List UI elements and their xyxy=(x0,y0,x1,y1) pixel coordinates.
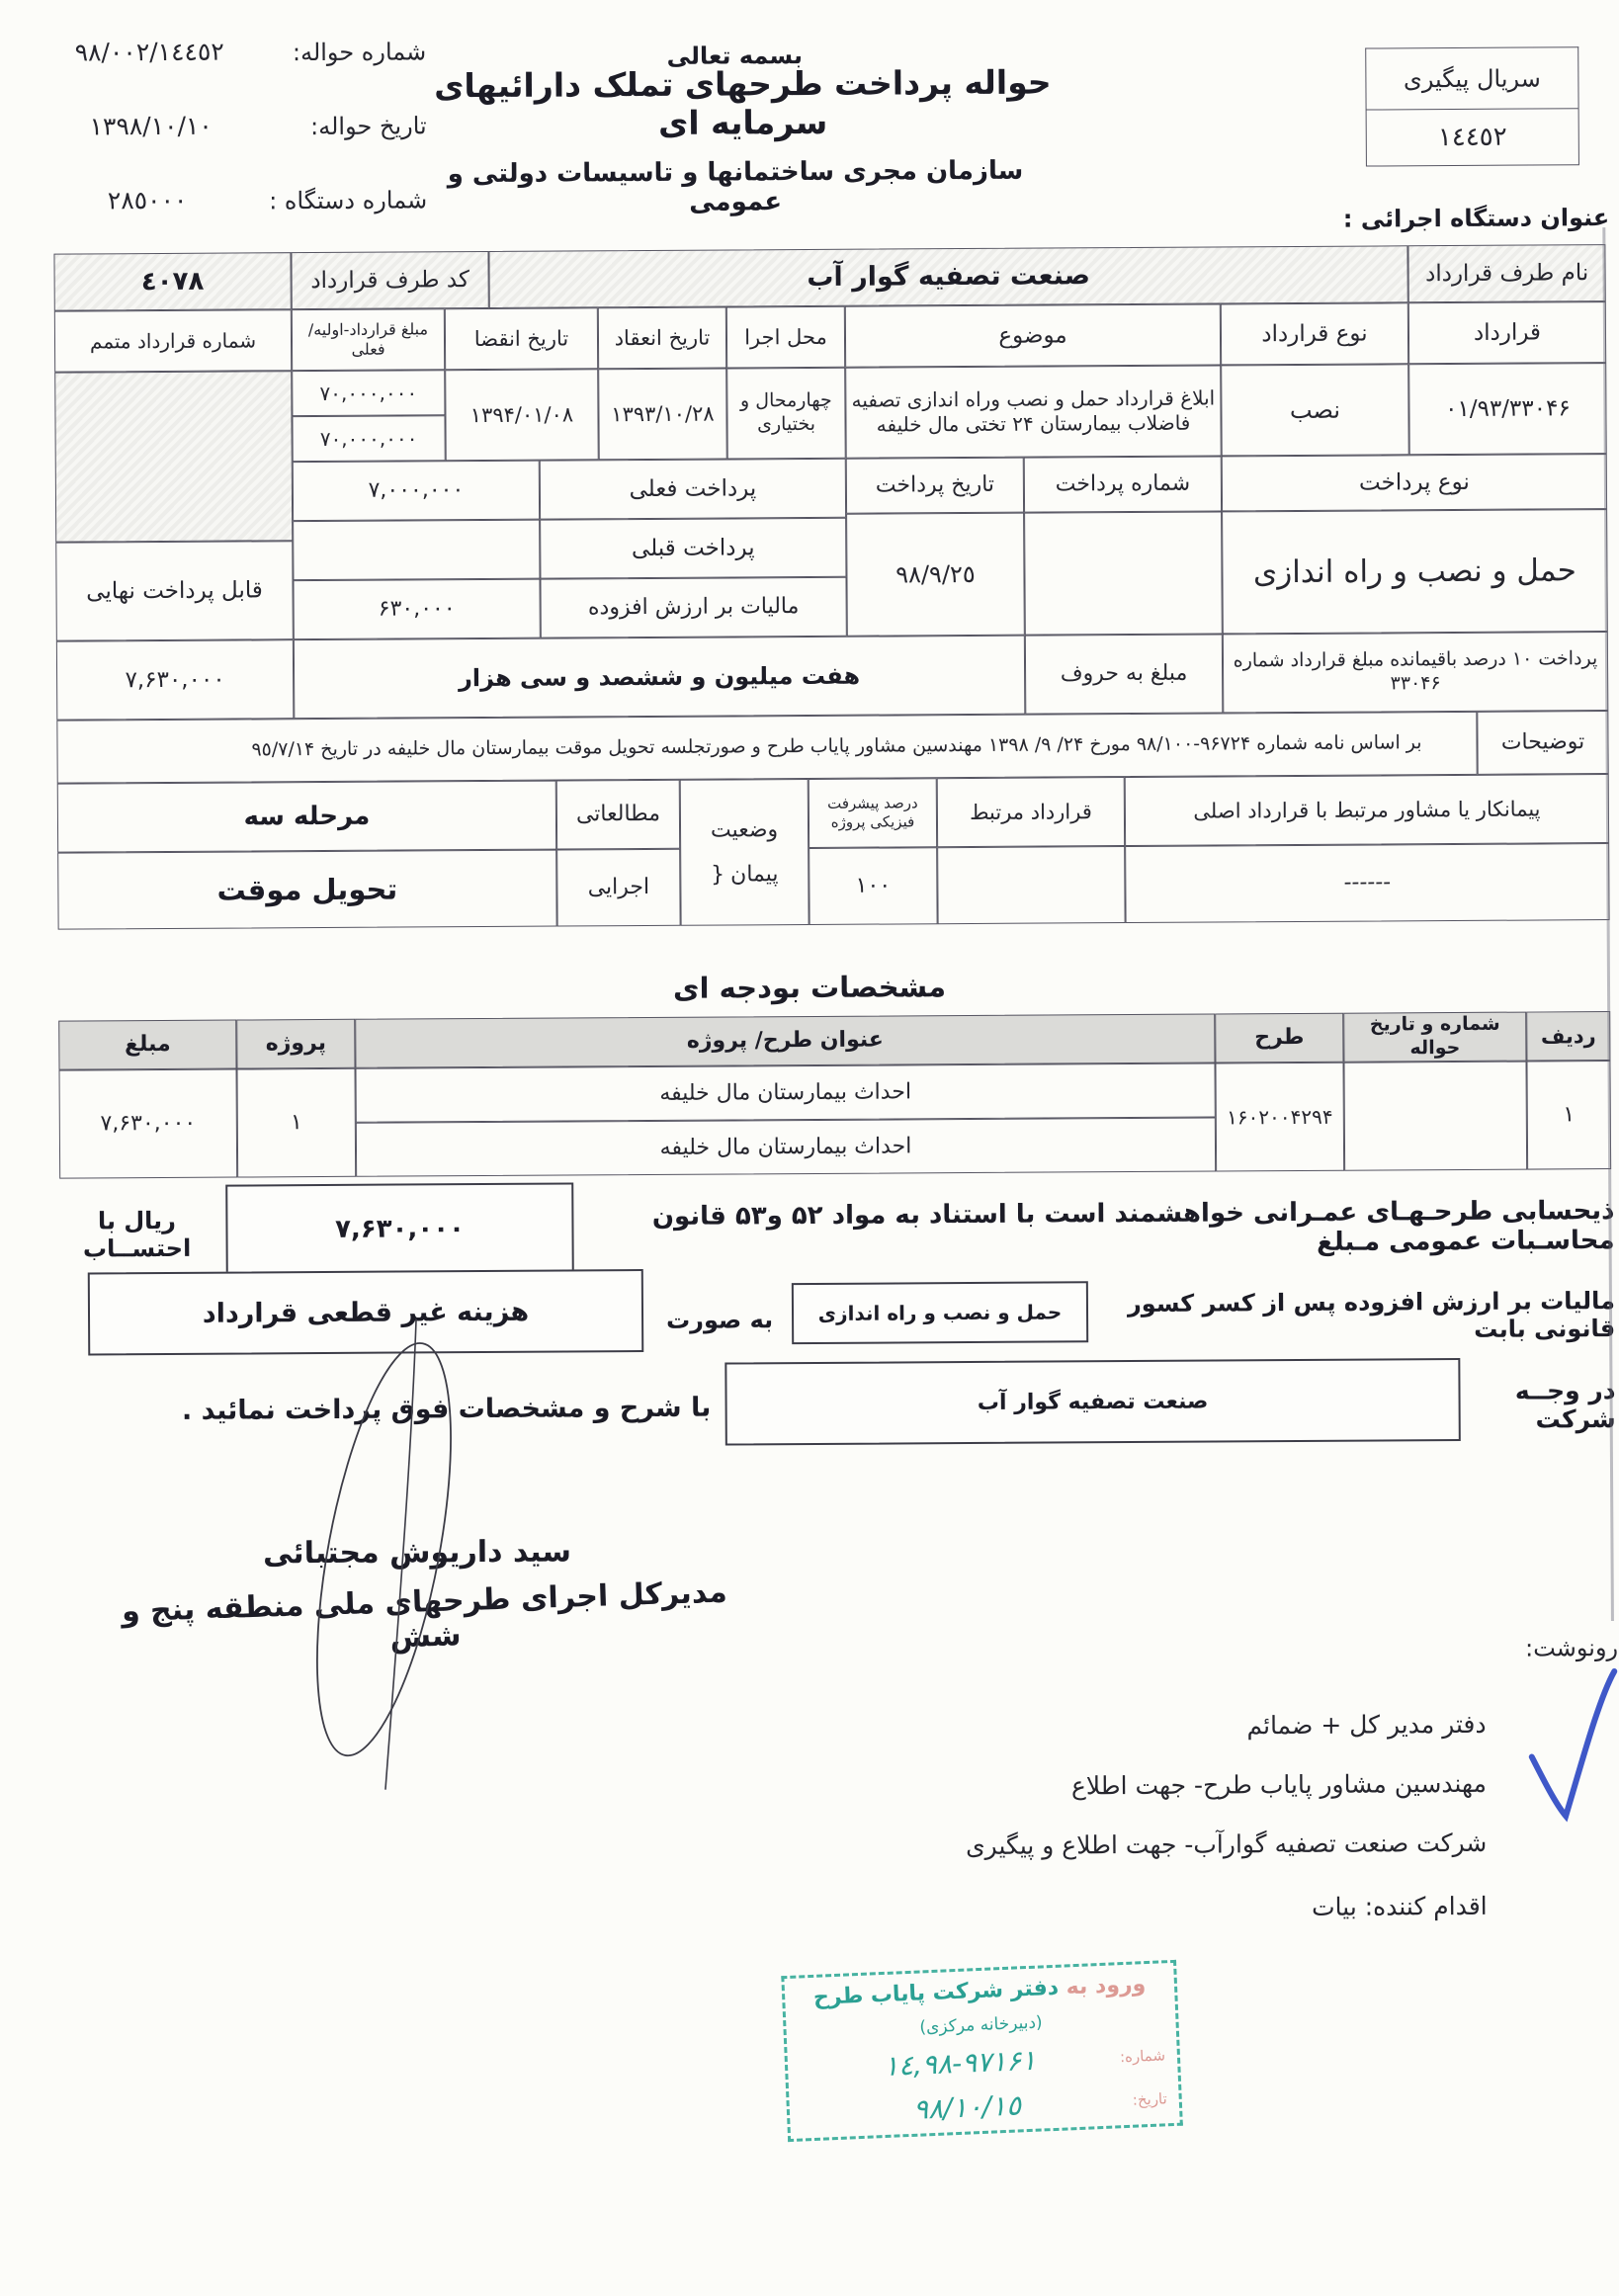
budget-col-project: پروژه xyxy=(236,1019,355,1069)
previous-payment-value-cell xyxy=(293,520,540,581)
stamp-title-main: دفتر شرکت پایاب طرح xyxy=(813,1975,1067,2009)
related-contractor-value: ------ xyxy=(1125,843,1609,923)
authorization-line2-mid: به صورت xyxy=(655,1297,784,1343)
previous-payment-label-cell: پرداخت قبلی xyxy=(540,518,846,579)
contract-amount-current-cell: ٧٠,٠٠٠,٠٠٠ xyxy=(292,415,445,462)
payment-number-header: شماره پرداخت xyxy=(1024,456,1222,512)
stamp-date-value: ٩٨/١٠/١٥ xyxy=(801,2084,1133,2131)
state-study-cell: مطالعاتی xyxy=(556,780,680,850)
state-word2-row: پیمان } xyxy=(711,861,779,889)
state-brace: } xyxy=(711,862,724,890)
col-contract-type-header: نوع قرارداد xyxy=(1221,302,1408,365)
payment-date-value-cell: ٩٨/٩/٢٥ xyxy=(846,513,1025,637)
amount-in-words-value-cell: هفت میلیون و ششصد و سی هزار xyxy=(294,636,1025,720)
contract-location-cell: چهارمحال و بختیاری xyxy=(726,368,846,460)
budget-col-hawaleh: شماره و تاریخ حواله xyxy=(1343,1012,1526,1063)
contract-subject-cell: ابلاغ قرارداد حمل و نصب وراه اندازی تصفی… xyxy=(845,365,1222,458)
payee-company-box: صنعت تصفیه گوار آب xyxy=(724,1358,1460,1446)
related-contract-header: قرارداد مرتبط xyxy=(937,777,1125,847)
progress-percent-value: ١٠٠ xyxy=(809,847,937,925)
current-payment-value-cell: ٧,٠٠٠,٠٠٠ xyxy=(293,461,540,522)
party-name-label-cell: نام طرف قرارداد xyxy=(1407,244,1605,302)
hawaleh-number-value: ٩٨/٠٠٢/١٤٤٥٢ xyxy=(44,31,254,71)
payment-date-header: تاریخ پرداخت xyxy=(846,458,1024,514)
progress-percent-header: درصد پیشرفت فیزیکی پروژه xyxy=(809,778,937,848)
party-name-value-cell: صنعت تصفیه گوار آب xyxy=(488,245,1407,308)
col-amount-header: مبلغ قرارداد-اولیه/فعلی xyxy=(292,308,445,371)
authorization-line2-text: مالیات بر ارزش افزوده پس از کسر کسور قان… xyxy=(1088,1292,1615,1340)
col-expire-date-header: تاریخ انقضا xyxy=(445,307,598,370)
stamp-date-row: تاریخ: ٩٨/١٠/١٥ xyxy=(801,2083,1167,2130)
device-number-value: ٢٨٥٠٠٠ xyxy=(73,180,221,220)
document-title: حواله پرداخت طرحهای تملک دارائیهای سرمای… xyxy=(396,77,1088,128)
copies-item-1: دفتر مدیر کل + ضمائم xyxy=(991,1704,1486,1746)
payment-number-value-cell xyxy=(1024,511,1223,635)
payment-subject-box: حمل و نصب و راه اندازی xyxy=(792,1281,1088,1344)
final-payable-value-cell: ٧,۶٣٠,٠٠٠ xyxy=(56,639,294,720)
copies-item-3: شرکت صنعت تصفیه گوارآب- جهت اطلاع و پیگی… xyxy=(874,1823,1487,1866)
contract-sign-date-cell: ١٣٩٣/١٠/٢٨ xyxy=(598,368,727,460)
authorization-line3-start: در وجــه شرکت xyxy=(1464,1381,1615,1429)
contract-location-line1: چهارمحال و xyxy=(740,389,832,413)
authorization-line1-text: ذیحسابی طرحـهـای عمـرانی خواهشمند است با… xyxy=(598,1203,1614,1254)
budget-hawaleh-cell xyxy=(1343,1062,1527,1171)
stamp-number-row: شماره: ١٤,٩٨-٩٧١۶١ xyxy=(800,2039,1166,2086)
stamp-number-label: شماره: xyxy=(1120,2046,1166,2066)
party-code-value-cell: ٤٠٧٨ xyxy=(53,252,291,310)
agency-title-label: عنوان دستگاه اجرائی : xyxy=(1321,198,1609,239)
stage-value-cell: تحویل موقت xyxy=(57,850,556,930)
state-exec-cell: اجرایی xyxy=(556,849,680,927)
stamp-subtitle: (دبیرخانه مرکزی) xyxy=(919,2012,1043,2037)
budget-col-row: ردیف xyxy=(1526,1011,1610,1062)
col-subject-header: موضوع xyxy=(845,303,1221,367)
copies-item-2: مهندسین مشاور پایاب طرح- جهت اطلاع xyxy=(933,1763,1487,1806)
state-word: وضعیت xyxy=(711,816,778,844)
budget-row-number-cell: ١ xyxy=(1526,1061,1611,1170)
tracking-serial-value-cell: ١٤٤٥٢ xyxy=(1366,108,1579,166)
copies-label: رونوشت: xyxy=(1511,1628,1618,1668)
current-payment-label-cell: پرداخت فعلی xyxy=(540,459,846,520)
budget-section-title: مشخصات بودجه ای xyxy=(582,966,1037,1010)
related-contract-value xyxy=(937,846,1125,924)
stamp-number-value: ١٤,٩٨-٩٧١۶١ xyxy=(800,2041,1121,2086)
col-location-header: محل اجرا xyxy=(726,306,845,369)
contract-subject-line1: ابلاغ قرارداد حمل و نصب وراه اندازی تصفی… xyxy=(852,385,1216,412)
related-contractor-header: پیمانکار یا مشاور مرتبط با قرارداد اصلی xyxy=(1125,774,1609,846)
party-code-label-cell: کد طرف قرارداد xyxy=(291,251,488,309)
remarks-text-cell: بر اساس نامه شماره ٩۶٧٢۴-٩٨/١٠٠ مورخ ٢۴/… xyxy=(56,712,1477,784)
supplement-contract-empty-cell xyxy=(54,371,293,542)
col-contract-header: قرارداد xyxy=(1408,301,1606,364)
budget-col-plan: طرح xyxy=(1215,1013,1343,1063)
scanned-payment-order-document: شماره حواله: ٩٨/٠٠٢/١٤٤٥٢ تاریخ حواله: ١… xyxy=(0,0,1619,2296)
budget-amount-cell: ٧,۶٣٠,٠٠٠ xyxy=(59,1069,238,1179)
col-sign-date-header: تاریخ انعقاد xyxy=(598,306,726,369)
vat-label-cell: مالیات بر ارزش افزوده xyxy=(540,577,846,638)
budget-title-row1-cell: احداث بیمارستان مال خلیفه xyxy=(355,1063,1215,1122)
stamp-title-line: ورود به دفتر شرکت پایاب طرح xyxy=(813,1972,1147,2010)
hawaleh-date-value: ١٣٩٨/١٠/١٠ xyxy=(59,105,243,145)
budget-project-cell: ١ xyxy=(237,1068,357,1178)
vat-value-cell: ۶٣٠,٠٠٠ xyxy=(293,579,540,640)
authorization-line1-end: ریال با احتســاب xyxy=(51,1212,221,1258)
final-payable-label-cell: قابل پرداخت نهایی xyxy=(55,541,294,640)
state-word2: پیمان xyxy=(730,861,779,889)
budget-col-title: عنوان طرح/ پروژه xyxy=(355,1013,1215,1067)
office-entry-stamp: ورود به دفتر شرکت پایاب طرح (دبیرخانه مر… xyxy=(781,1960,1183,2142)
copies-item-4: اقدام کننده: بیات xyxy=(1122,1886,1488,1927)
contract-state-cell: وضعیت پیمان } xyxy=(680,779,809,926)
handwritten-signature-icon xyxy=(266,1317,506,1792)
contract-location-line2: بختیاری xyxy=(757,413,815,437)
budget-title-row2-cell: احداث بیمارستان مال خلیفه xyxy=(356,1117,1216,1176)
progress-header-line2: فیزیکی پروژه xyxy=(831,812,915,831)
document-sheet: شماره حواله: ٩٨/٠٠٢/١٤٤٥٢ تاریخ حواله: ١… xyxy=(0,0,1619,2296)
device-number-label: شماره دستگاه : xyxy=(249,180,427,220)
payment-type-header: نوع پرداخت xyxy=(1222,454,1607,511)
executing-org-name: سازمان مجری ساختمانها و تاسیسات دولتی و … xyxy=(421,164,1050,210)
payment-type-value-cell: حمل و نصب و راه اندازی xyxy=(1222,509,1608,634)
remarks-label-cell: توضیحات xyxy=(1477,711,1608,775)
contract-number-cell: ٠١/٩٣/٣٣٠۴۶ xyxy=(1408,363,1607,455)
tracking-serial-label-cell: سریال پیگیری xyxy=(1365,46,1578,109)
payment-description-cell: پرداخت ١٠ درصد باقیمانده مبلغ قرارداد شم… xyxy=(1223,632,1608,713)
budget-plan-code-cell: ١۶٠٢٠٠۴٢٩۴ xyxy=(1215,1063,1344,1172)
contract-amount-initial-cell: ٧٠,٠٠٠,٠٠٠ xyxy=(292,370,445,416)
contract-expire-date-cell: ١٣٩۴/٠١/٠٨ xyxy=(445,369,599,461)
authorization-amount-box: ٧,۶٣٠,٠٠٠ xyxy=(225,1182,574,1275)
blue-checkmark-icon xyxy=(1525,1665,1619,1825)
stamp-date-label: تاریخ: xyxy=(1132,2090,1167,2109)
budget-col-amount: مبلغ xyxy=(58,1020,236,1070)
contract-type-cell: نصب xyxy=(1221,364,1409,456)
col-supplement-header: شماره قرارداد متمم xyxy=(54,309,292,372)
stamp-title-faded: ورود به xyxy=(1065,1972,1147,1999)
progress-header-line1: درصد پیشرفت xyxy=(827,795,918,813)
contract-subject-line2: فاضلاب بیمارستان ۲۴ تختی مال خلیفه xyxy=(877,411,1191,438)
amount-in-words-label-cell: مبلغ به حروف xyxy=(1025,634,1223,714)
stage-label-cell: مرحله سه xyxy=(57,781,556,853)
